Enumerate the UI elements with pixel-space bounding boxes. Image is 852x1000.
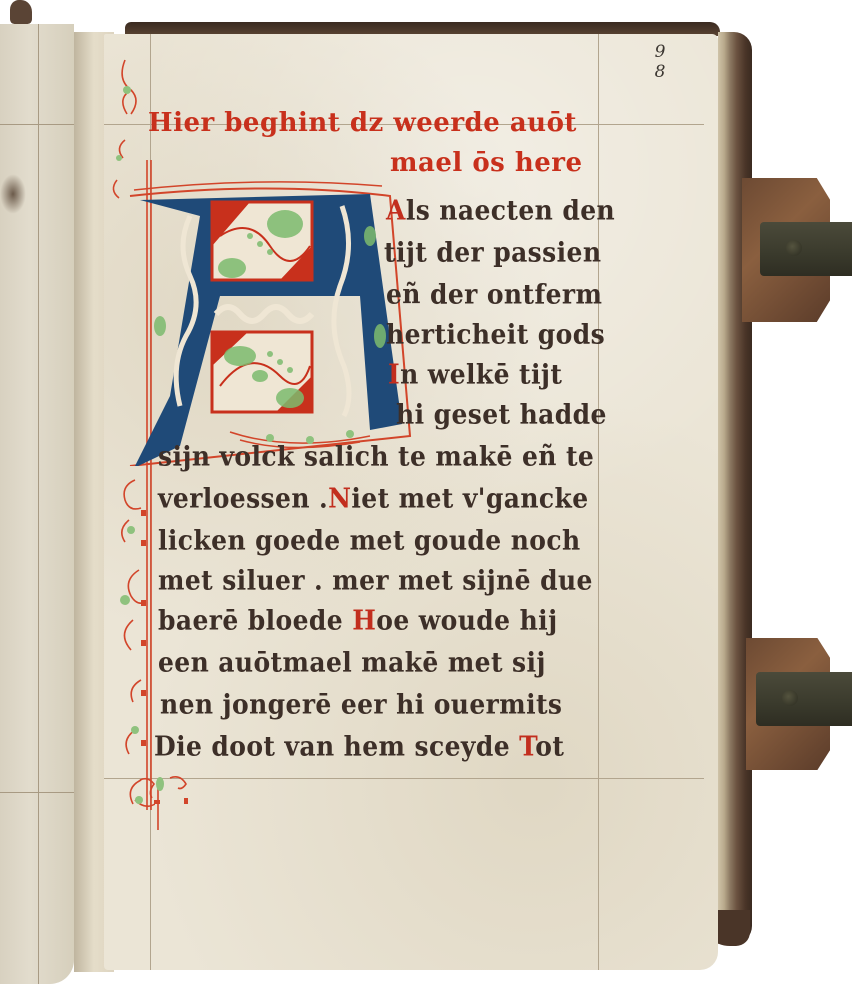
binding-thread	[10, 0, 32, 24]
text-line-12: een auōtmael makē met sij	[158, 647, 546, 678]
bottom-penwork-flourish	[130, 770, 210, 850]
text-line-9: licken goede met goude noch	[158, 525, 581, 556]
text-span: herticheit gods	[386, 319, 605, 350]
red-capital: A	[386, 195, 406, 226]
text-span: een auōtmael makē met sij	[158, 647, 546, 678]
lower-clasp-strap	[756, 672, 852, 726]
text-span: Die doot van hem sceyde	[154, 731, 519, 762]
text-span: baerē bloede	[158, 605, 352, 636]
upper-clasp-rivet	[786, 240, 802, 256]
text-line-3: eñ der ontferm	[386, 279, 602, 310]
text-line-13: nen jongerē eer hi ouermits	[160, 689, 562, 720]
left-page-edge	[0, 24, 74, 984]
ruling-line	[598, 34, 599, 970]
text-line-6: hi geset hadde	[396, 399, 607, 430]
page-stain	[0, 174, 26, 214]
illuminated-initial-a	[120, 176, 420, 466]
text-span: hi geset hadde	[396, 399, 607, 430]
ruling-line	[38, 24, 39, 984]
red-capital: T	[519, 731, 535, 762]
text-span: met siluer . mer met sijnē due	[158, 565, 593, 596]
text-span: verloessen .	[158, 483, 328, 514]
folio-mark-lower: 8	[650, 62, 670, 82]
text-line-7: sijn volck salich te makē eñ te	[158, 441, 594, 472]
text-span: sijn volck salich te makē eñ te	[158, 441, 594, 472]
text-line-8: verloessen .Niet met v'gancke	[158, 483, 589, 514]
text-span: tijt der passien	[384, 237, 601, 268]
text-span: licken goede met goude noch	[158, 525, 581, 556]
ruling-line	[0, 792, 74, 793]
text-span: nen jongerē eer hi ouermits	[160, 689, 562, 720]
rubric-heading-line-1: Hier beghint dz weerde auōt	[148, 108, 577, 138]
red-capital: I	[388, 359, 400, 390]
lower-clasp-rivet	[782, 690, 798, 706]
red-capital: N	[328, 483, 351, 514]
folio-mark-upper: 9	[650, 42, 670, 62]
upper-clasp-strap	[760, 222, 852, 276]
text-line-4: herticheit gods	[386, 319, 605, 350]
text-span: iet met v'gancke	[351, 483, 588, 514]
text-line-14: Die doot van hem sceyde Tot	[154, 731, 564, 762]
text-span: n welkē tijt	[400, 359, 562, 390]
folio-number: 9 8	[650, 42, 670, 82]
rubric-heading-line-2: mael ōs here	[390, 148, 583, 178]
text-span: eñ der ontferm	[386, 279, 602, 310]
text-line-5: In welkē tijt	[388, 359, 562, 390]
text-span: ot	[535, 731, 564, 762]
text-line-10: met siluer . mer met sijnē due	[158, 565, 593, 596]
text-span: ls naecten den	[406, 195, 615, 226]
text-span: oe woude hij	[376, 605, 557, 636]
text-line-11: baerē bloede Hoe woude hij	[158, 605, 558, 636]
red-capital: H	[352, 605, 376, 636]
ruling-line	[0, 124, 74, 125]
text-line-1: Als naecten den	[386, 195, 615, 226]
text-line-2: tijt der passien	[384, 237, 601, 268]
book-cover-fore-edge	[718, 32, 752, 944]
